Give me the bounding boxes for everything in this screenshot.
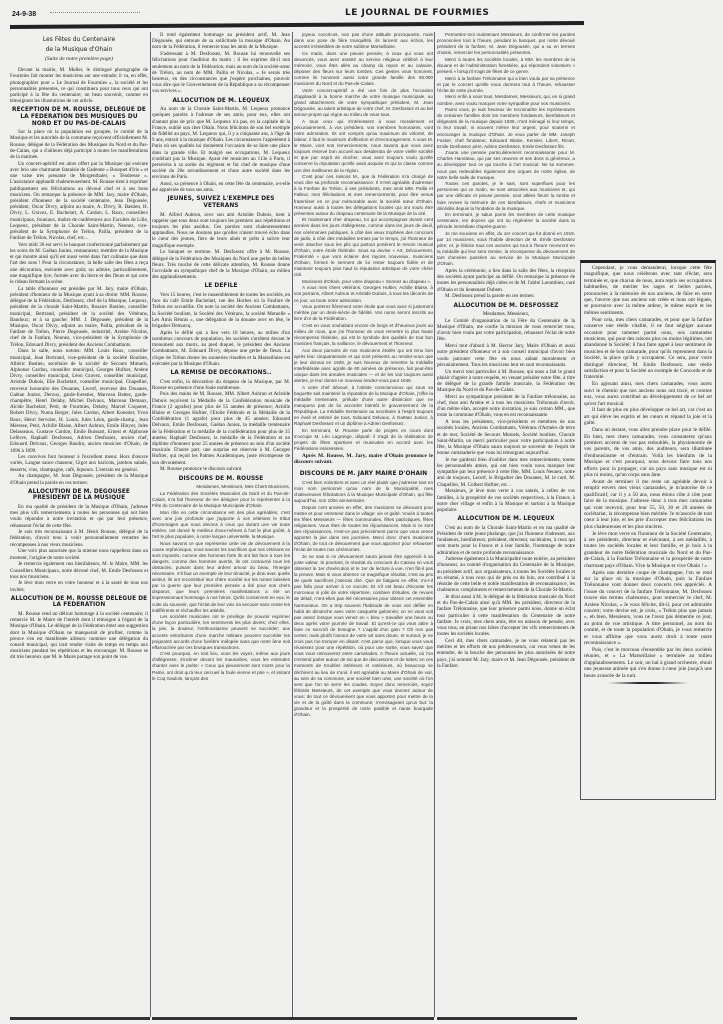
bottom-rule <box>437 1017 577 1020</box>
paragraph: Toutes ces paroles, je le sais, sont sup… <box>437 181 575 211</box>
paragraph: Je lève mon verre en votre honneur et à … <box>10 580 148 592</box>
paragraph-transition: Après M. Rousse, M. Jary, maire d'Ohain … <box>294 453 433 465</box>
paragraph: Au nom de la Chorale Saint-Martin, M. Le… <box>152 106 290 180</box>
salutation: Mesdames, Messieurs, <box>437 311 575 317</box>
section-heading-remise: LA REMISE DE DECORATIONS.. <box>152 370 290 377</box>
issue-date: 24-9-38 <box>12 11 36 18</box>
paragraph: Les convives font honneur à l'excellent … <box>10 454 148 473</box>
paragraph: Un concert-apéritif est alors offert par… <box>10 161 148 242</box>
newspaper-page: 24-9-38 LE JOURNAL DE FOURMIES Les Fêtes… <box>0 0 723 1024</box>
newspaper-title: LE JOURNAL DE FOURMIES <box>345 8 489 18</box>
paragraph: Une voix plus autorisée que la mienne no… <box>10 548 148 560</box>
paragraph: Musiciens d'Ohain, pour votre drapeau « … <box>294 279 433 285</box>
paragraph: Puis, c'est le morceau d'ensemble par le… <box>584 647 712 679</box>
paragraph: En ma qualité de président de la Musique… <box>10 504 148 529</box>
column-divider <box>292 32 293 1017</box>
paragraph: J'aurai une pensée particulièrement reco… <box>437 150 575 180</box>
paragraph: Nous savons ce que représente cette vie … <box>152 541 290 614</box>
paragraph: La Fédération des Sociétés Musicales du … <box>152 491 290 509</box>
paragraph: Au champagne, M. Jean Dégousée, présiden… <box>10 473 148 485</box>
paragraph: Je suis très reconnaissant à M. Henri Ro… <box>10 529 148 548</box>
paragraph: Vous porterez fièrement votre étoile que… <box>294 304 433 322</box>
section-heading-degousee: ALLOCUTION DE M. DEGOUSEE PRESIDENT DE L… <box>10 489 148 502</box>
paragraph: joyeux cocoricos, non pas d'une attitude… <box>294 32 433 50</box>
section-heading-lequeux-2: ALLOCUTION DE M. LEQUEUX <box>437 516 575 523</box>
paragraph: C'est bien volontiers et avec un réel pl… <box>294 480 433 504</box>
article-title-line-1: Les Fêtes du Centenaire <box>10 36 148 44</box>
paragraph: En agissant ainsi, mes chers camarades, … <box>584 381 712 407</box>
paragraph: Mon rôle en cette circonstance est des p… <box>152 510 290 540</box>
paragraph: Après le défilé qui a lieu vers 16 heure… <box>152 330 290 367</box>
paragraph: Sur la place où la population est groupé… <box>10 129 148 160</box>
paragraph: Vers 15 heures, c'est le rassemblement d… <box>152 292 290 329</box>
section-heading-reception: RECEPTION DE M. ROUSSE, DELEGUE DE LA FE… <box>10 107 148 127</box>
paragraph: A vous mes chers vétérans, Georges Hufti… <box>294 285 433 303</box>
paragraph: Cependant, je vous demanderai, lorsque c… <box>584 265 712 316</box>
paragraph: Merci tout d'abord à M. Hector Jary, Mai… <box>437 343 575 368</box>
paragraph: Je lève mon verre en l'honneur de la Soc… <box>584 531 712 569</box>
paragraph: A tous les présidents, vice-présidents e… <box>437 419 575 456</box>
paragraph: Parmi vous, je suis heureux de reconnaît… <box>437 107 575 150</box>
paragraph: C'est au nom de la Chorale Saint-Martin … <box>437 525 575 556</box>
paragraph: M. Rousse prononce le discours suivant. <box>152 466 290 472</box>
paragraph: S'adressant à M. Desfossez, M. Rousse lu… <box>152 51 290 94</box>
column-4: Permettez-moi maintenant Messieurs, de c… <box>437 32 575 1017</box>
column-divider <box>150 32 151 1017</box>
paragraph: Puis des mains de M. Rousse, MM. Albert … <box>152 391 290 465</box>
paragraph: C'est pourquoi, en tout lieu, vous les v… <box>152 651 290 681</box>
paragraph: Aussi, sa présence à Ohain, en cette fêt… <box>152 181 290 193</box>
paragraph: Merci au sympathique président de la Fan… <box>437 394 575 419</box>
paragraph: Aux deux parrains de nos musiciens étoil… <box>294 348 433 385</box>
section-heading-rousse: ALLOCUTION DE M. ROUSSE DELEGUE DE LA FE… <box>10 596 148 609</box>
bottom-rule <box>152 1017 434 1020</box>
paragraph: C'est en vous souhaitant encore de longs… <box>294 323 433 347</box>
salutation: Mesdames, Messieurs, Mes Chers Musiciens… <box>152 484 290 490</box>
paragraph: M. Alfred Aubrun, avec son ami Aristide … <box>152 212 290 249</box>
article-title-line-2: de la Musique d'Ohain <box>10 46 148 54</box>
paragraph: A tous ceux qui s'intéressent à vous mor… <box>294 119 433 174</box>
masthead-rule <box>10 21 584 29</box>
paragraph: J'adresse également à la Municipalité to… <box>437 556 575 593</box>
paragraph: La table d'honneur est présidée par M. J… <box>10 286 148 348</box>
masthead: 24-9-38 LE JOURNAL DE FOURMIES <box>0 0 723 30</box>
paragraph: Dans un instant, vous allez prendre plac… <box>584 427 712 478</box>
paragraph: Ceci dit, mes chers camarades, je ne vou… <box>437 638 575 669</box>
paragraph: C'est pour ces raisons M., que la Fédéra… <box>294 174 433 217</box>
paragraph: Devant la mairie, M. Muller, le distingu… <box>10 67 148 104</box>
paragraph: Merci à toutes les sociétés locales, à M… <box>437 57 575 75</box>
column-3: joyeux cocoricos, non pas d'une attitude… <box>294 32 433 1017</box>
paragraph: Merci enfin à vous tous, Mesdames, Messi… <box>437 94 575 106</box>
end-ornament <box>608 682 688 684</box>
paragraph: Je remercie également nos bienfaiteurs, … <box>10 561 148 580</box>
paragraph: C'est enfin, la décoration du drapeau de… <box>152 379 290 391</box>
paragraph: Un merci tout particulier à M. Rousse, q… <box>437 369 575 394</box>
paragraph: M. Desfossez prend la parole en ces term… <box>437 293 575 299</box>
paragraph: Les sociétés musicales ont le privilège … <box>152 614 290 651</box>
column-divider <box>434 32 435 1017</box>
paragraph: En terminant, M. Rousse parle de projets… <box>294 428 433 452</box>
section-heading-desfossez: ALLOCUTION DE M. DESFOSSEZ <box>437 303 575 310</box>
paragraph: Depuis cent années en effet, des musicie… <box>294 505 433 554</box>
column-2: Il rend également hommage au président a… <box>152 32 290 1017</box>
paragraph: Pour cela, mes chers camarades, et pour … <box>584 317 712 381</box>
paragraph: Je ne sais si ce dévouement saura jamais… <box>294 554 433 719</box>
section-heading-defile: LE DEFILE <box>152 283 290 290</box>
section-heading-lequeux: ALLOCUTION DE M. LEQUEUX <box>152 98 290 105</box>
paragraph: Après la cérémonie, a lieu dans la salle… <box>437 268 575 293</box>
paragraph: A votre chef dévoué, à l'artiste conscie… <box>294 385 433 428</box>
paragraph: En terminant, je salue parmi les membres… <box>437 212 575 230</box>
print-smudge <box>50 12 140 14</box>
paragraph: Dans la salle, nous notons: MM. Louis Ra… <box>10 348 148 453</box>
section-heading-jary: DISCOURS DE M. JARY MAIRE D'OHAIN <box>294 471 433 478</box>
paragraph: M. Rousse rend un délicat hommage à la s… <box>10 611 148 661</box>
paragraph: Permettez-moi maintenant Messieurs, de c… <box>437 32 575 56</box>
article-subtitle: (Suite de notre première page) <box>10 56 148 62</box>
paragraph: Le banquet se termine. M. Desfossez offr… <box>152 249 290 280</box>
section-heading-jeunes: JEUNES, SUIVEZ L'EXEMPLE DES VETERANS <box>152 196 290 209</box>
paragraph: Il faut de plus en plus développer ce be… <box>584 407 712 426</box>
paragraph: Je dirai aussi à M. le délégué de la féd… <box>437 594 575 637</box>
paragraph: Ce matin, dans une pieuse pensée, à ceux… <box>294 51 433 88</box>
paragraph: Le Comité d'organisation de la Fête du C… <box>437 318 575 343</box>
column-1: Les Fêtes du Centenaire de la Musique d'… <box>10 32 148 1017</box>
paragraph: Après une dernière coupe de champagne, l… <box>584 570 712 647</box>
paragraph: Il rend également hommage au président a… <box>152 32 290 51</box>
paragraph: Votre concert-apéritif a été une fois de… <box>294 88 433 118</box>
paragraph: Je me souviens en effet, du 1er concert … <box>437 231 575 268</box>
paragraph: Vers midi 30 est servi le banquet confec… <box>10 242 148 285</box>
paragraph: Avant de terminer il me reste un agréabl… <box>584 479 712 530</box>
bottom-rule <box>10 1017 150 1020</box>
column-5-boxed: Cependant, je vous demanderai, lorsque c… <box>580 260 716 800</box>
paragraph: Messieurs, je lève mon verre à vos santé… <box>437 488 575 513</box>
paragraph: Je me garderai bien d'oublier dans mes r… <box>437 457 575 488</box>
paragraph: Et maintenant cher drapeau, toi qui acco… <box>294 217 433 278</box>
paragraph: Merci à la fanfare Trélonnaise qui a bie… <box>437 76 575 94</box>
section-heading-discours-rousse: DISCOURS DE M. ROUSSE <box>152 476 290 483</box>
